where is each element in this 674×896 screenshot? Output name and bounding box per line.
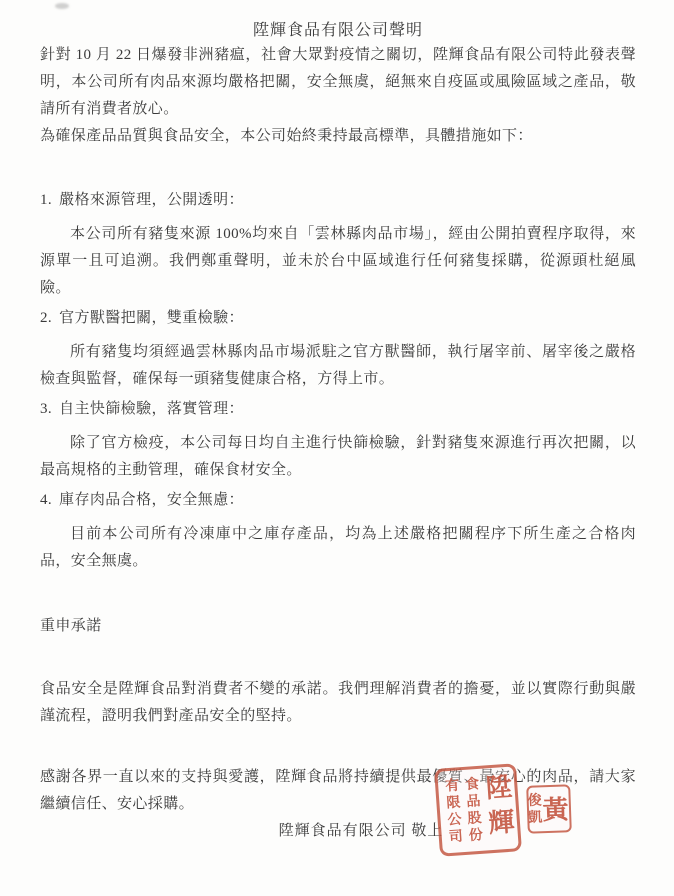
list-item-4: 4.庫存肉品合格，安全無慮： 目前本公司所有冷凍庫中之庫存產品，均為上述嚴格把關… [40,487,636,575]
item-heading: 嚴格來源管理，公開透明： [59,192,244,208]
document-title: 陞輝食品有限公司聲明 [40,20,636,42]
item-number: 1. [40,192,52,208]
scan-artifact [55,3,69,9]
company-seal-column-left: 有限公司 [443,777,462,846]
item-heading-row: 1.嚴格來源管理，公開透明： [40,187,636,214]
item-body: 目前本公司所有冷凍庫中之庫存產品，均為上述嚴格把關程序下所生產之合格肉品，安全無… [40,521,636,575]
intro-paragraph: 針對 10 月 22 日爆發非洲豬瘟，社會大眾對疫情之關切，陞輝食品有限公司特此… [40,42,636,123]
commitment-paragraph: 食品安全是陞輝食品對消費者不變的承諾。我們理解消費者的擔憂，並以實際行動與嚴謹流… [40,676,636,730]
list-item-2: 2.官方獸醫把關，雙重檢驗： 所有豬隻均須經過雲林縣肉品市場派駐之官方獸醫師，執… [40,305,636,393]
preface-paragraph: 為確保產品品質與食品安全，本公司始終秉持最高標準，具體措施如下： [40,123,636,150]
item-number: 3. [40,401,52,417]
measures-list: 1.嚴格來源管理，公開透明： 本公司所有豬隻來源 100%均來自「雲林縣肉品市場… [40,187,636,575]
item-body: 所有豬隻均須經過雲林縣肉品市場派駐之官方獸醫師，執行屠宰前、屠宰後之嚴格檢查與監… [40,339,636,393]
item-number: 2. [40,310,52,326]
item-body: 除了官方檢疫，本公司每日均自主進行快篩檢驗，針對豬隻來源進行再次把關，以最高規格… [40,430,636,484]
company-seal-column-middle: 食品股份 [463,776,482,845]
name-seal-column-right: 黃 [540,795,567,822]
item-heading-row: 3.自主快篩檢驗，落實管理： [40,396,636,423]
company-seal-column-right: 陞輝 [483,773,514,845]
item-heading: 自主快篩檢驗，落實管理： [59,401,244,417]
item-body: 本公司所有豬隻來源 100%均來自「雲林縣肉品市場」，經由公開拍賣程序取得，來源… [40,221,636,302]
name-seal: 黃 俊凱 [526,784,572,834]
item-heading: 官方獸醫把關，雙重檢驗： [59,310,244,326]
item-heading: 庫存肉品合格，安全無慮： [59,492,244,508]
item-heading-row: 2.官方獸醫把關，雙重檢驗： [40,305,636,332]
item-number: 4. [40,492,52,508]
list-item-3: 3.自主快篩檢驗，落實管理： 除了官方檢疫，本公司每日均自主進行快篩檢驗，針對豬… [40,396,636,484]
list-item-1: 1.嚴格來源管理，公開透明： 本公司所有豬隻來源 100%均來自「雲林縣肉品市場… [40,187,636,302]
item-heading-row: 4.庫存肉品合格，安全無慮： [40,487,636,514]
statement-letter: 陞輝食品有限公司聲明 針對 10 月 22 日爆發非洲豬瘟，社會大眾對疫情之關切… [0,0,674,896]
reaffirm-heading: 重申承諾 [40,613,636,640]
company-seal: 陞輝 食品股份 有限公司 [434,763,522,857]
